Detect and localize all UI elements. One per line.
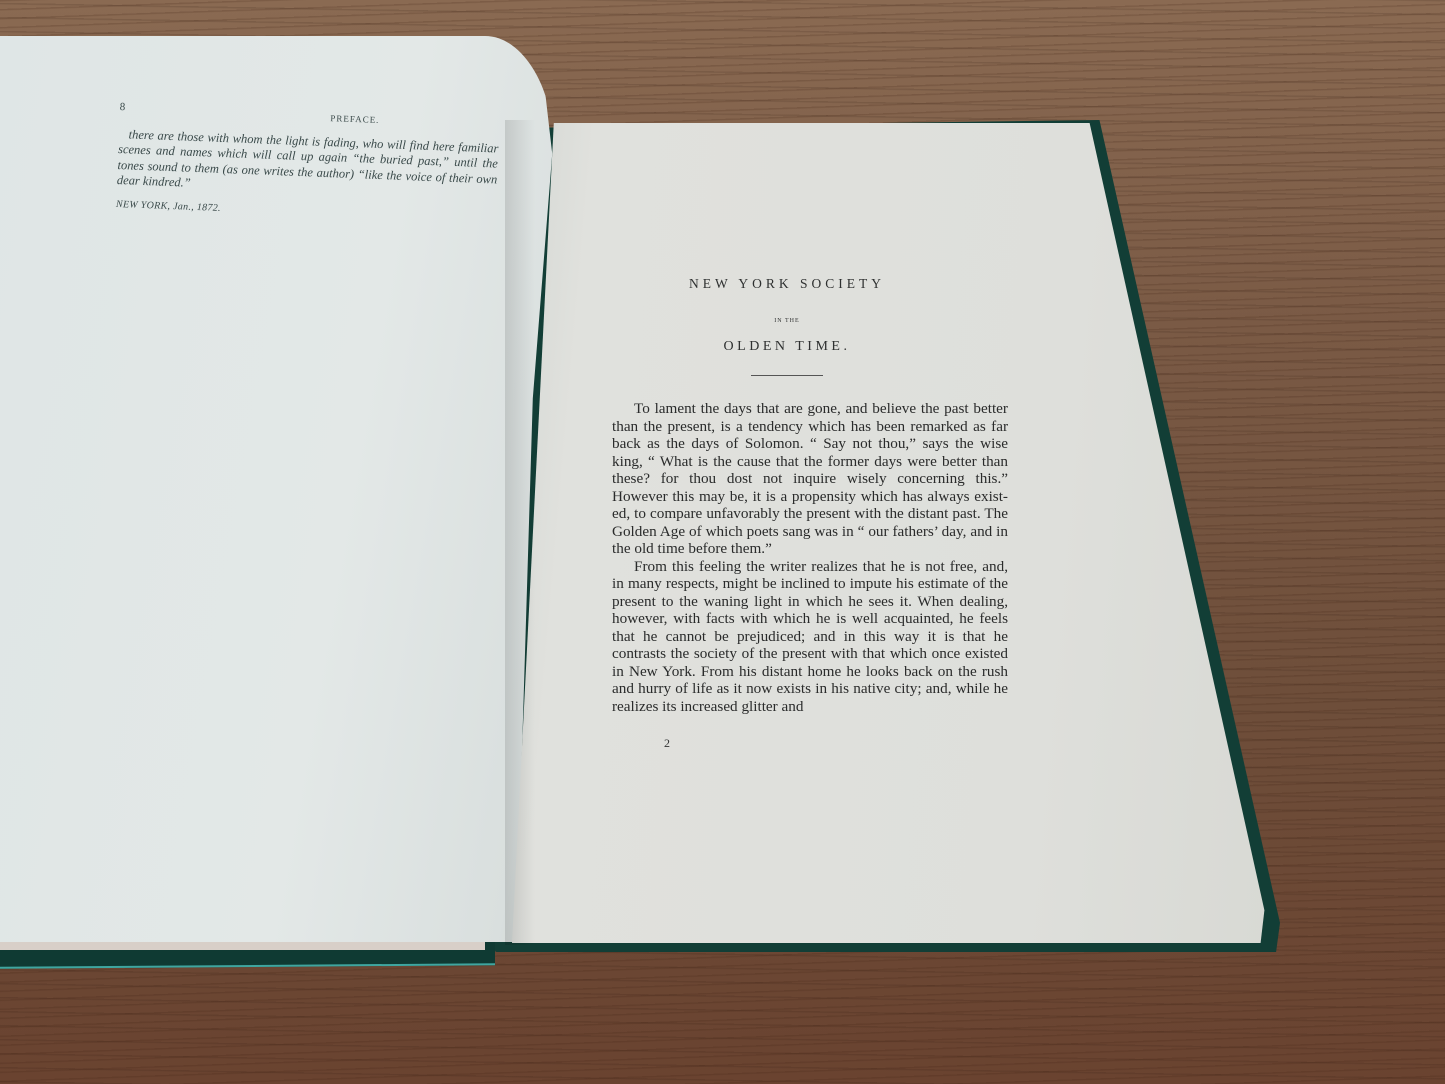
running-head: PREFACE.: [330, 108, 380, 128]
body-text: To lament the days that are gone, and be…: [612, 400, 1008, 715]
paragraph: From this feeling the writer realizes th…: [612, 558, 1008, 716]
left-page-number: 8: [119, 100, 125, 119]
title-line-2: OLDEN TIME.: [612, 339, 962, 355]
ornamental-rule: [751, 375, 823, 376]
title-line-1: NEW YORK SOCIETY: [612, 276, 962, 292]
paragraph: To lament the days that are gone, and be…: [612, 400, 1008, 558]
title-connector: IN THE: [612, 318, 962, 324]
chapter-title-block: NEW YORK SOCIETY IN THE OLDEN TIME.: [612, 276, 962, 376]
signature-mark: 2: [664, 736, 670, 751]
gutter-shadow: [505, 120, 535, 945]
preface-paragraph: there are those with whom the light is f…: [117, 126, 499, 203]
left-page-text: 8 PREFACE. there are those with whom the…: [116, 100, 500, 227]
